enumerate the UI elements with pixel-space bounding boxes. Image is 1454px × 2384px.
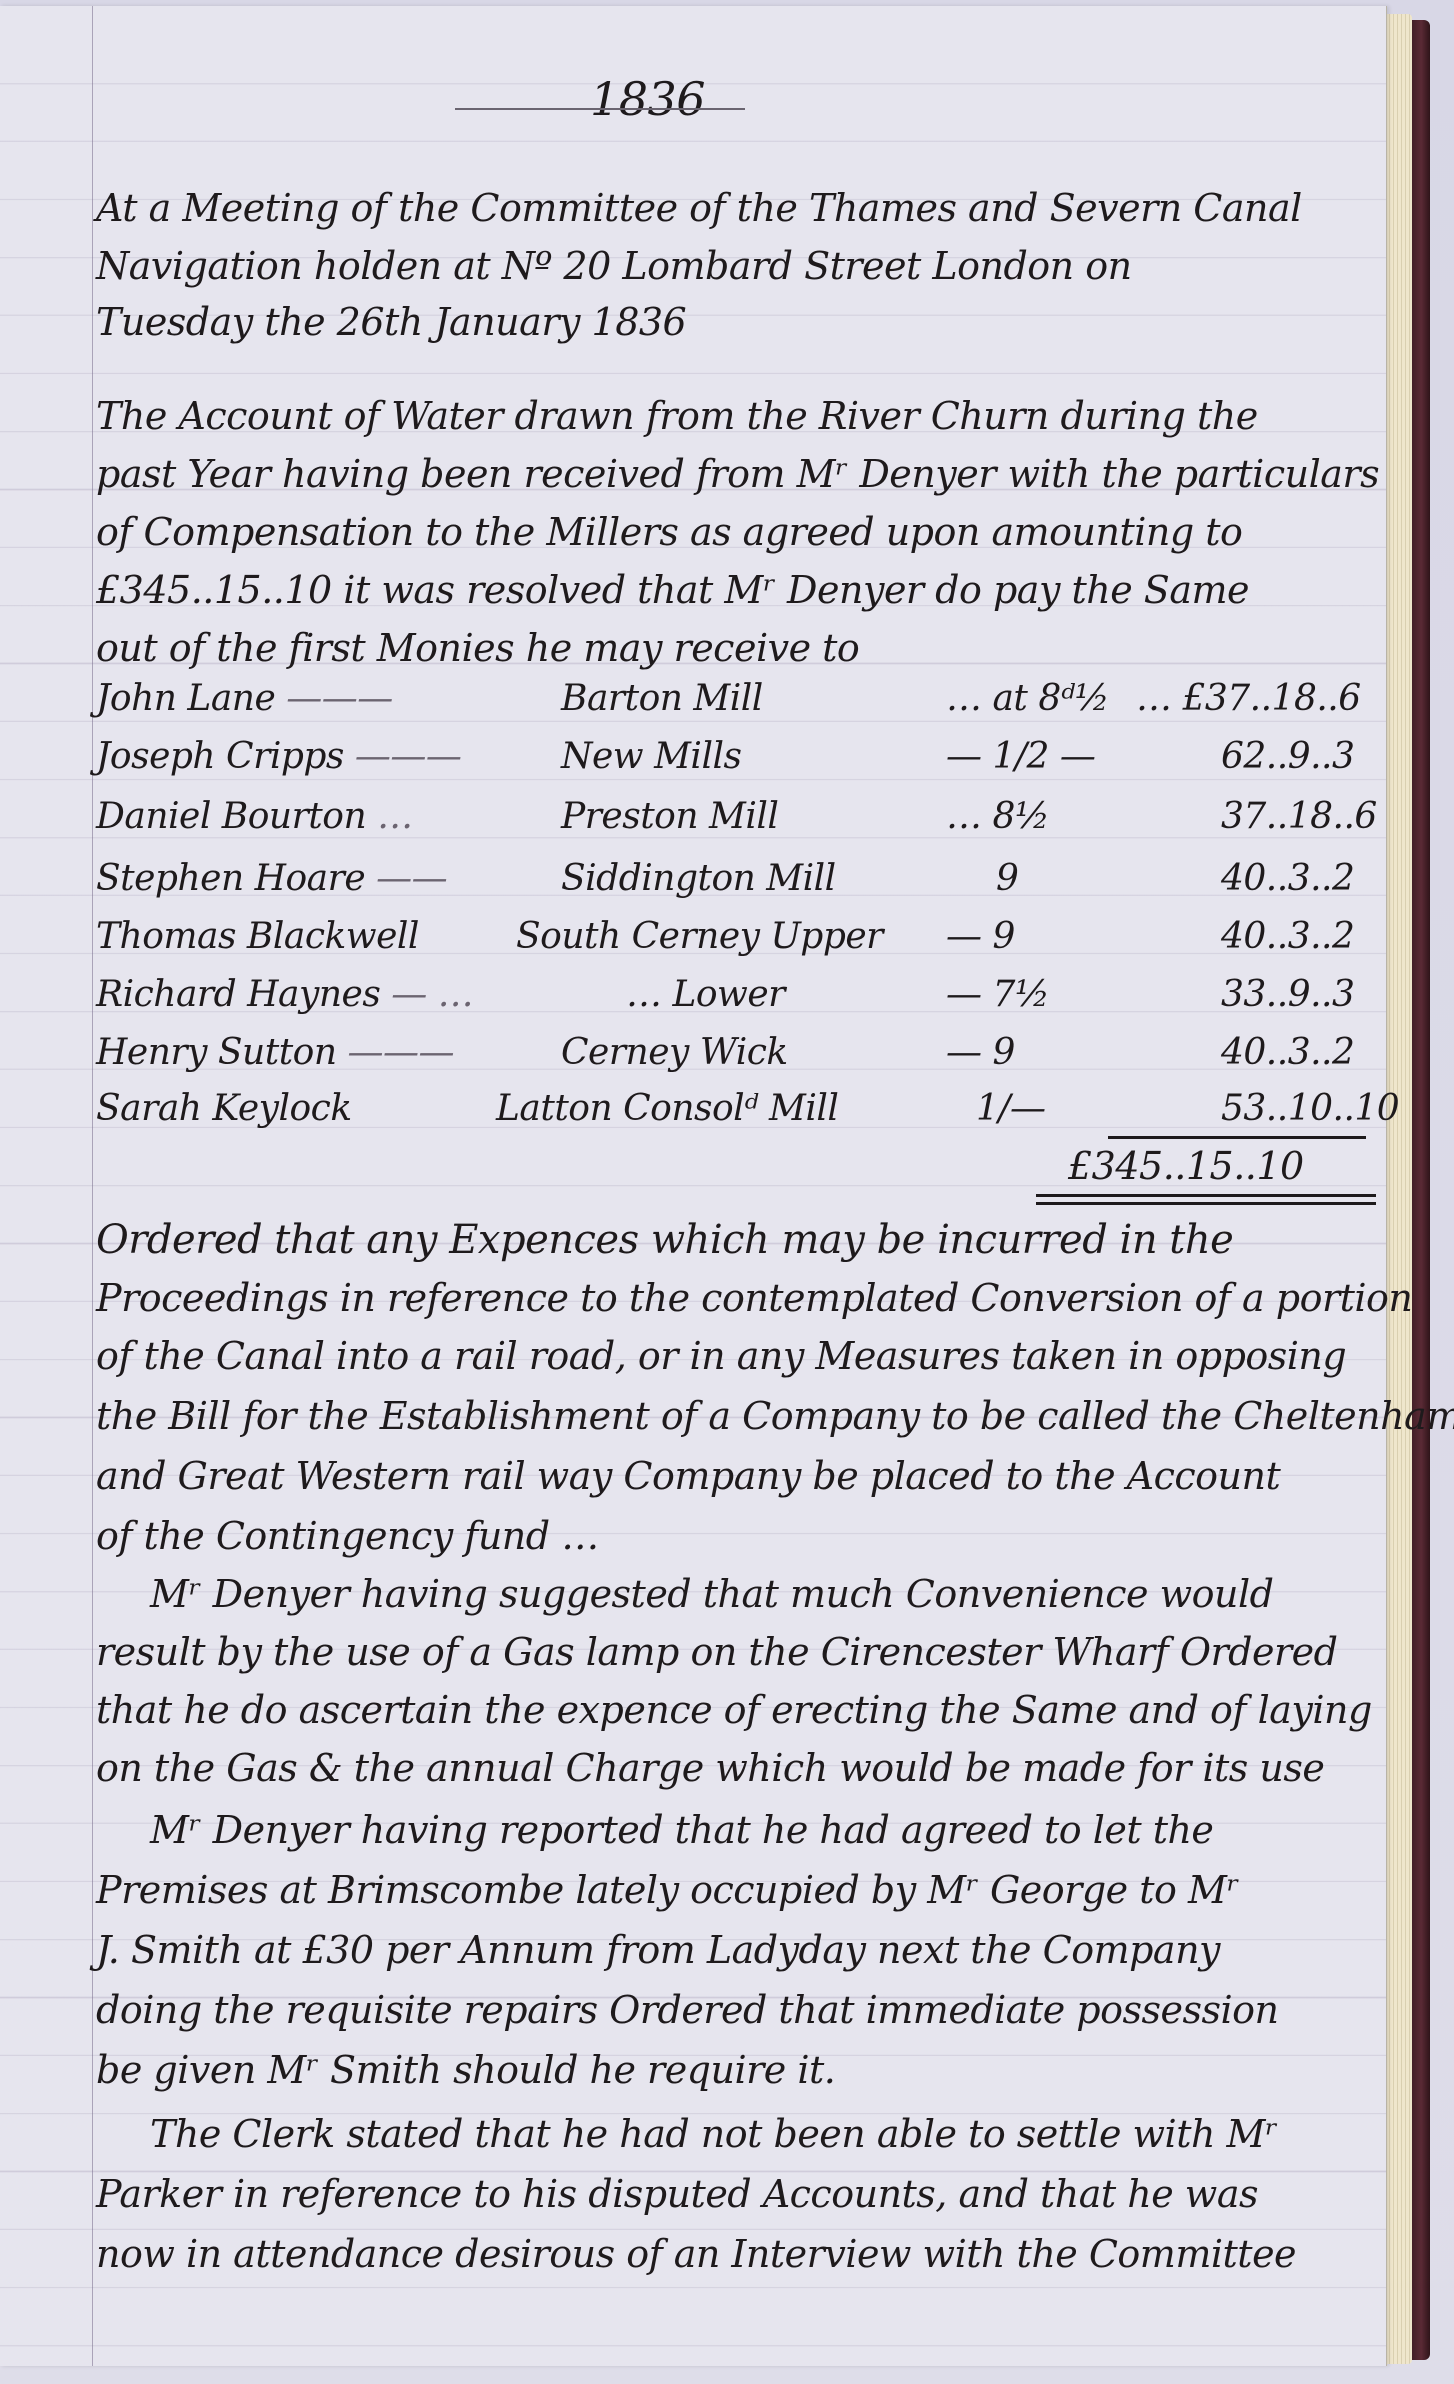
paragraph-line: Mʳ Denyer having reported that he had ag… bbox=[150, 1806, 1213, 1854]
rate: — 9 bbox=[946, 916, 1015, 957]
rate: — 7½ bbox=[946, 974, 1049, 1015]
miller-name: John Lane ——— bbox=[96, 678, 393, 719]
mill-name: Siddington Mill bbox=[561, 858, 836, 899]
table-row: Joseph Cripps ——— New Mills — 1/2 — 62..… bbox=[96, 736, 1396, 788]
amount: 62..9..3 bbox=[1221, 736, 1354, 777]
paragraph-line: doing the requisite repairs Ordered that… bbox=[96, 1986, 1279, 2034]
paragraph-line: £345..15..10 it was resolved that Mʳ Den… bbox=[96, 566, 1249, 614]
miller-name: Stephen Hoare —— bbox=[96, 858, 447, 899]
mill-name: Cerney Wick bbox=[561, 1032, 788, 1073]
paragraph-line: out of the first Monies he may receive t… bbox=[96, 624, 859, 672]
paragraph-line: now in attendance desirous of an Intervi… bbox=[96, 2230, 1296, 2278]
amount: 53..10..10 bbox=[1221, 1088, 1399, 1129]
amount: 37..18..6 bbox=[1221, 796, 1377, 837]
margin-rule bbox=[92, 6, 93, 2366]
mill-name: New Mills bbox=[561, 736, 741, 777]
rate: … 8½ bbox=[946, 796, 1049, 837]
paragraph-line: of Compensation to the Millers as agreed… bbox=[96, 508, 1242, 556]
meeting-line: Tuesday the 26th January 1836 bbox=[96, 298, 686, 346]
meeting-line: At a Meeting of the Committee of the Tha… bbox=[96, 184, 1302, 232]
paragraph-line: Mʳ Denyer having suggested that much Con… bbox=[150, 1570, 1273, 1618]
table-row: Richard Haynes — … … Lower — 7½ 33..9..3 bbox=[96, 974, 1396, 1026]
amount: 40..3..2 bbox=[1221, 1032, 1354, 1073]
paragraph-line: Proceedings in reference to the contempl… bbox=[96, 1274, 1412, 1322]
table-row: Thomas Blackwell South Cerney Upper — 9 … bbox=[96, 916, 1396, 968]
table-row: Sarah Keylock Latton Consolᵈ Mill 1/— 53… bbox=[96, 1088, 1396, 1140]
miller-name: Joseph Cripps ——— bbox=[96, 736, 461, 777]
miller-name: Richard Haynes — … bbox=[96, 974, 473, 1015]
paragraph-line: Premises at Brimscombe lately occupied b… bbox=[96, 1866, 1239, 1914]
rate: 1/— bbox=[976, 1088, 1046, 1129]
miller-name: Thomas Blackwell bbox=[96, 916, 419, 957]
paragraph-line: The Clerk stated that he had not been ab… bbox=[150, 2110, 1278, 2158]
table-row: Stephen Hoare —— Siddington Mill 9 40..3… bbox=[96, 858, 1396, 910]
paragraph-line: Ordered that any Expences which may be i… bbox=[96, 1216, 1233, 1264]
double-rule-bottom bbox=[1036, 1202, 1376, 1205]
double-rule-top bbox=[1036, 1194, 1376, 1197]
paragraph-line: The Account of Water drawn from the Rive… bbox=[96, 392, 1258, 440]
rate: … at 8ᵈ½ bbox=[946, 678, 1109, 719]
mill-name: … Lower bbox=[626, 974, 785, 1015]
miller-name: Daniel Bourton … bbox=[96, 796, 413, 837]
paragraph-line: and Great Western rail way Company be pl… bbox=[96, 1452, 1280, 1500]
paragraph-line: Parker in reference to his disputed Acco… bbox=[96, 2170, 1258, 2218]
paragraph-line: the Bill for the Establishment of a Comp… bbox=[96, 1392, 1454, 1440]
meeting-line: Navigation holden at Nº 20 Lombard Stree… bbox=[96, 242, 1132, 290]
amount: 40..3..2 bbox=[1221, 916, 1354, 957]
table-total: £345..15..10 bbox=[1068, 1144, 1304, 1188]
mill-name: Latton Consolᵈ Mill bbox=[496, 1088, 838, 1129]
table-row: Daniel Bourton … Preston Mill … 8½ 37..1… bbox=[96, 796, 1396, 848]
paragraph-line: be given Mʳ Smith should he require it. bbox=[96, 2046, 835, 2094]
mill-name: Preston Mill bbox=[561, 796, 778, 837]
mill-name: Barton Mill bbox=[561, 678, 763, 719]
rate: 9 bbox=[996, 858, 1018, 899]
miller-name: Sarah Keylock bbox=[96, 1088, 352, 1129]
mill-name: South Cerney Upper bbox=[516, 916, 883, 957]
paragraph-line: J. Smith at £30 per Annum from Ladyday n… bbox=[96, 1926, 1220, 1974]
heading-underline bbox=[455, 108, 745, 110]
paragraph-line: of the Canal into a rail road, or in any… bbox=[96, 1332, 1346, 1380]
paragraph-line: past Year having been received from Mʳ D… bbox=[96, 450, 1379, 498]
amount: … £37..18..6 bbox=[1136, 678, 1361, 719]
paragraph-line: on the Gas & the annual Charge which wou… bbox=[96, 1744, 1324, 1792]
table-row: John Lane ——— Barton Mill … at 8ᵈ½ … £37… bbox=[96, 678, 1396, 730]
ledger-page: 1836 At a Meeting of the Committee of th… bbox=[0, 6, 1387, 2366]
rate: — 9 bbox=[946, 1032, 1015, 1073]
miller-name: Henry Sutton ——— bbox=[96, 1032, 454, 1073]
sum-underline bbox=[1108, 1136, 1366, 1139]
paragraph-line: of the Contingency fund … bbox=[96, 1512, 599, 1560]
rate: — 1/2 — bbox=[946, 736, 1095, 777]
amount: 40..3..2 bbox=[1221, 858, 1354, 899]
table-row: Henry Sutton ——— Cerney Wick — 9 40..3..… bbox=[96, 1032, 1396, 1084]
paragraph-line: result by the use of a Gas lamp on the C… bbox=[96, 1628, 1337, 1676]
paragraph-line: that he do ascertain the expence of erec… bbox=[96, 1686, 1372, 1734]
amount: 33..9..3 bbox=[1221, 974, 1354, 1015]
year-heading: 1836 bbox=[590, 72, 705, 126]
